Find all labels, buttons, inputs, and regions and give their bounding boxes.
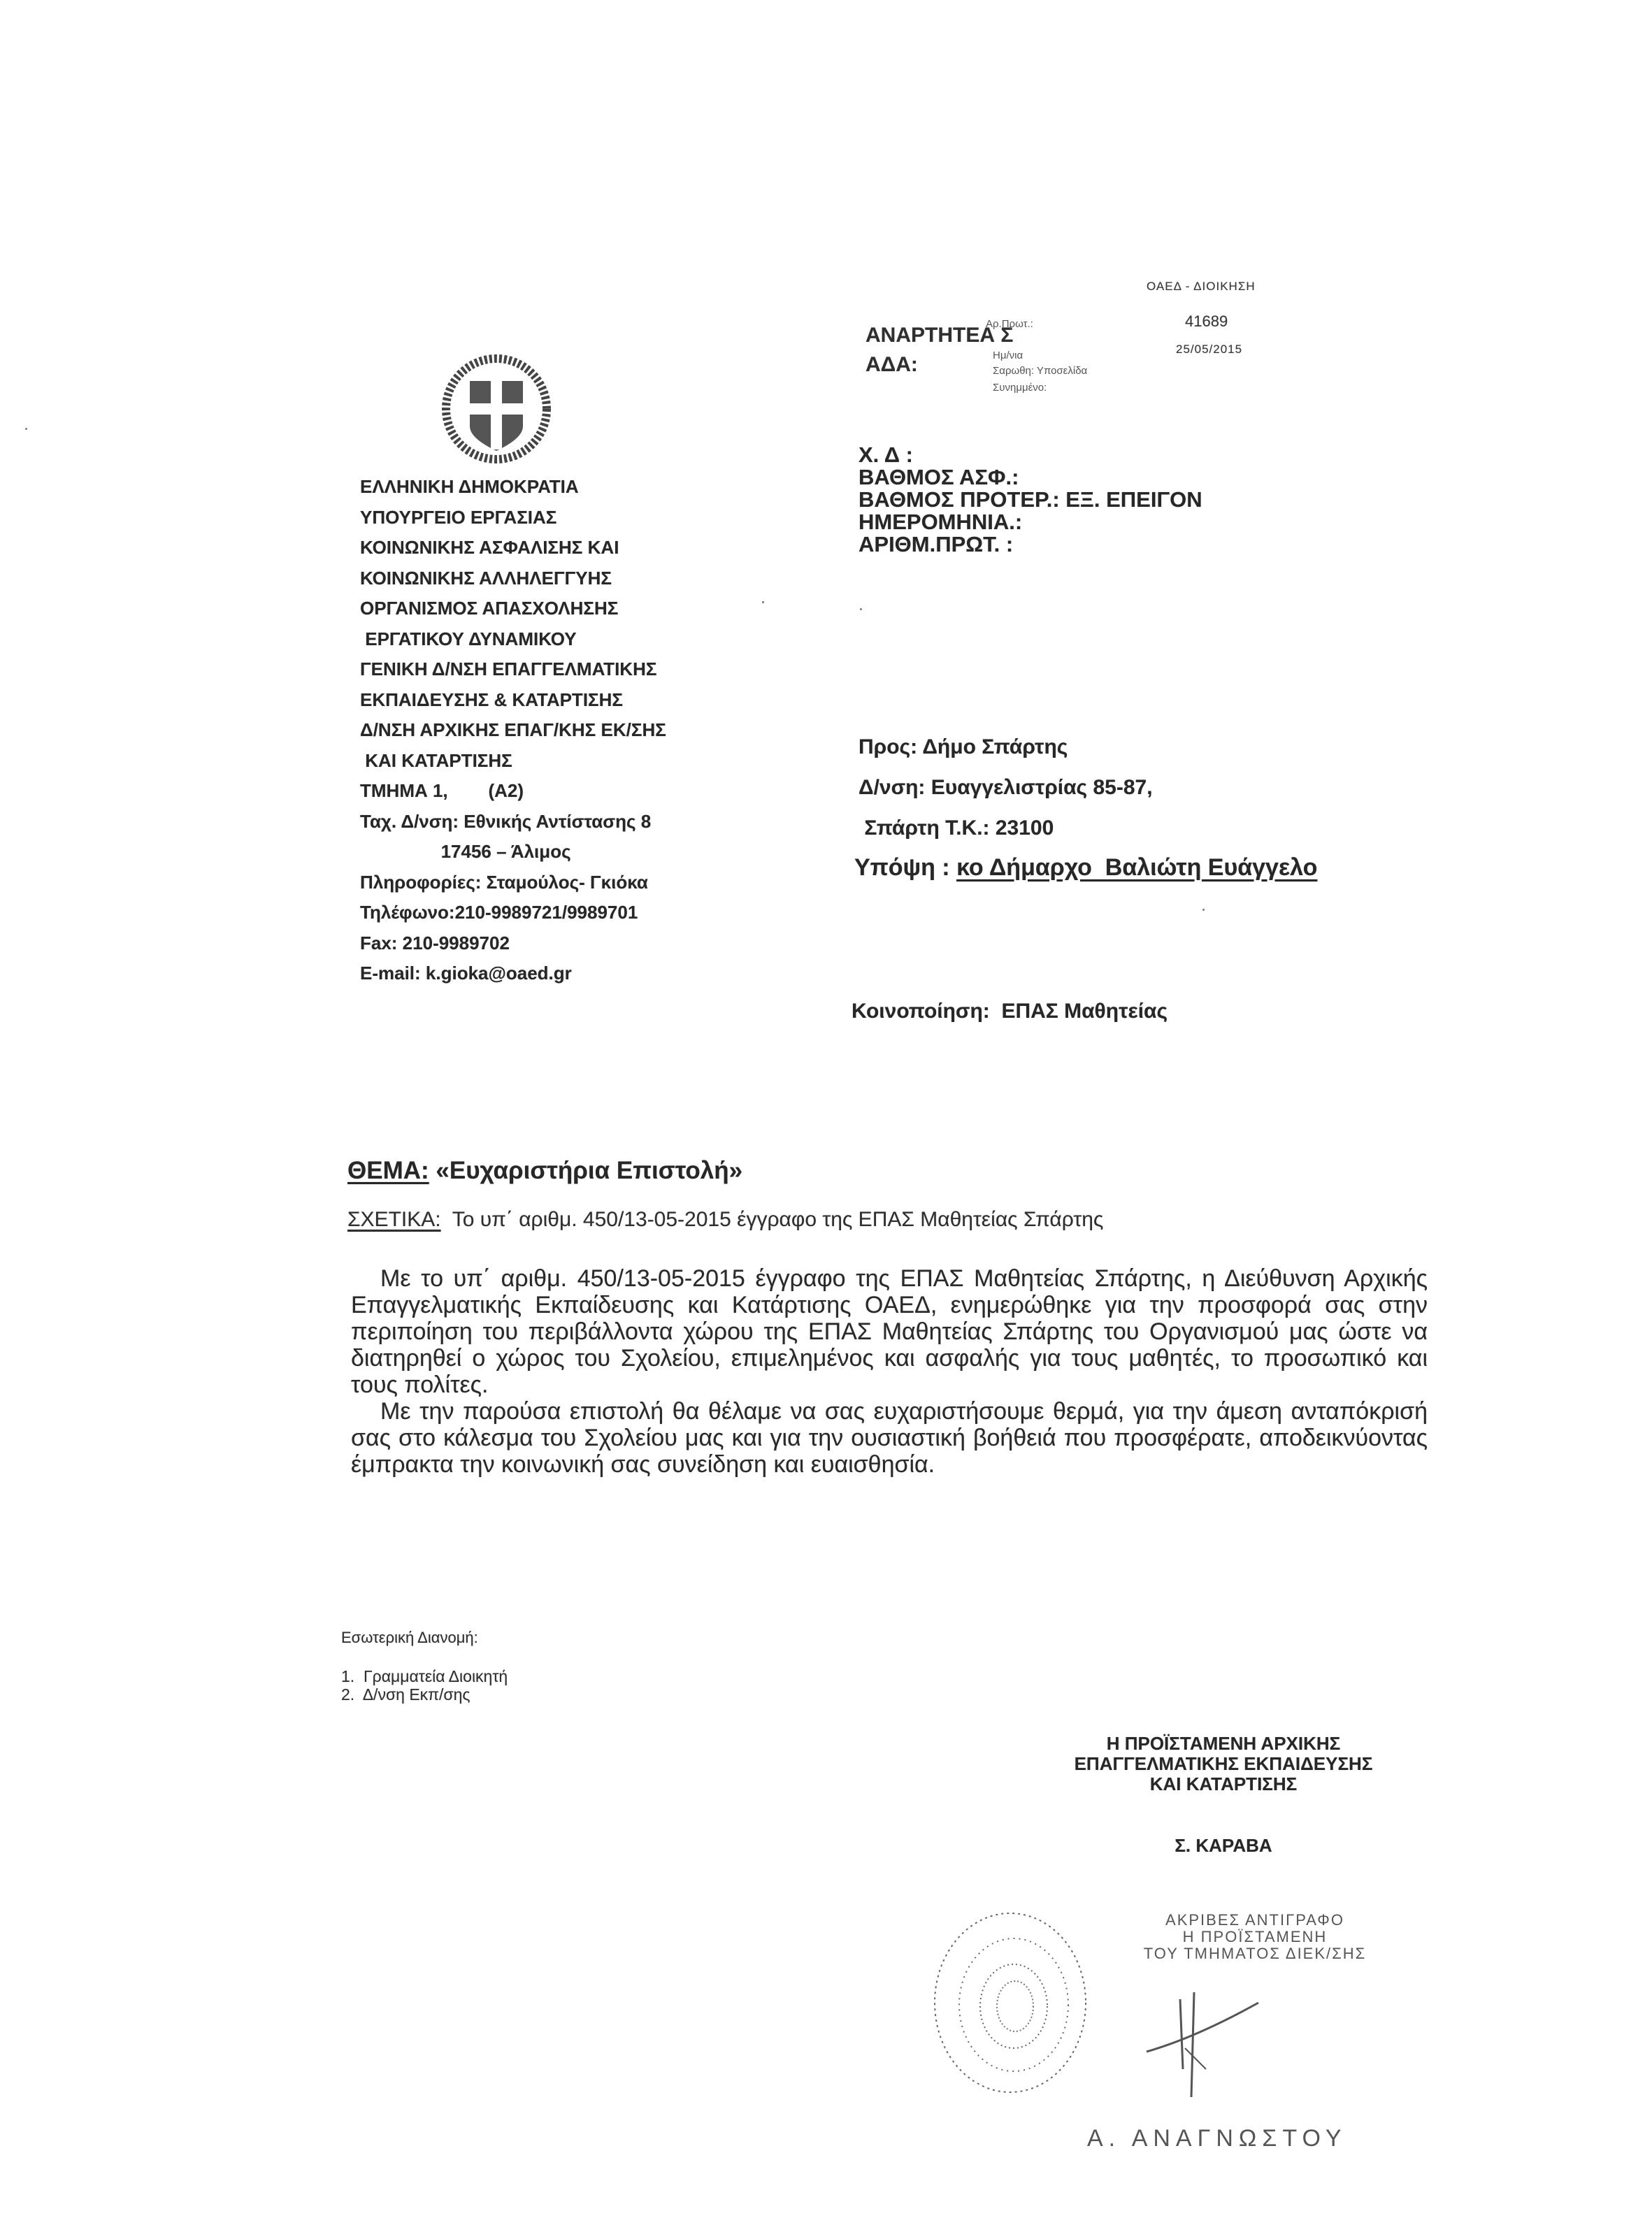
internal-distribution-list: 1. Γραμματεία Διοικητή 2. Δ/νση Εκπ/σης (341, 1667, 508, 1704)
scan-speck (860, 608, 862, 610)
certifier-name: Α. ΑΝΑΓΝΩΣΤΟΥ (1087, 2125, 1347, 2152)
signature-title: Η ΠΡΟΪΣΤΑΜΕΝΗ ΑΡΧΙΚΗΣ ΕΠΑΓΓΕΛΜΑΤΙΚΗΣ ΕΚΠ… (1028, 1734, 1419, 1794)
sender-line: Δ/ΝΣΗ ΑΡΧΙΚΗΣ ΕΠΑΓ/ΚΗΣ ΕΚ/ΣΗΣ (360, 715, 666, 746)
sender-block: ΕΛΛΗΝΙΚΗ ΔΗΜΟΚΡΑΤΙΑ ΥΠΟΥΡΓΕΙΟ ΕΡΓΑΣΙΑΣ Κ… (360, 472, 666, 989)
sender-line: ΕΛΛΗΝΙΚΗ ΔΗΜΟΚΡΑΤΙΑ (360, 472, 666, 503)
attachments-label: Συνημμένο: (993, 382, 1047, 394)
registry-office: ΟΑΕΔ - ΔΙΟΙΚΗΣΗ (1147, 280, 1256, 294)
scan-speck (25, 428, 27, 430)
attention-name: κο Δήμαρχο Βαλιώτη Ευάγγελο (956, 854, 1317, 881)
sender-contact: Πληροφορίες: Σταμούλος- Γκιόκα (360, 867, 666, 898)
certified-copy-block: ΑΚΡΙΒΕΣ ΑΝΤΙΓΡΑΦΟ Η ΠΡΟΪΣΤΑΜΕΝΗ ΤΟΥ ΤΜΗΜ… (1091, 1912, 1419, 1962)
certified-copy-line: ΤΟΥ ΤΜΗΜΑΤΟΣ ΔΙΕΚ/ΣΗΣ (1091, 1945, 1419, 1962)
classification-line: ΒΑΘΜΟΣ ΑΣΦ.: (859, 466, 1202, 489)
sender-line: ΥΠΟΥΡΓΕΙΟ ΕΡΓΑΣΙΑΣ (360, 503, 666, 533)
sender-line: ΚΟΙΝΩΝΙΚΗΣ ΑΛΛΗΛΕΓΓΥΗΣ (360, 563, 666, 594)
classification-block: Χ. Δ : ΒΑΘΜΟΣ ΑΣΦ.: ΒΑΘΜΟΣ ΠΡΟΤΕΡ.: ΕΞ. … (859, 444, 1202, 556)
reference-label: ΣΧΕΤΙΚΑ: (347, 1208, 441, 1231)
handwritten-signature-icon (1119, 1985, 1286, 2111)
sender-line: ΕΡΓΑΤΙΚΟΥ ΔΥΝΑΜΙΚΟΥ (360, 624, 666, 655)
distribution-item: 2. Δ/νση Εκπ/σης (341, 1685, 508, 1704)
classification-line: ΒΑΘΜΟΣ ΠΡΟΤΕΡ.: ΕΞ. ΕΠΕΙΓΟΝ (859, 489, 1202, 511)
sender-phone: Τηλέφωνο:210-9989721/9989701 (360, 898, 666, 928)
recipient-to: Προς: Δήμο Σπάρτης (859, 727, 1153, 768)
cc-line: Κοινοποίηση: ΕΠΑΣ Μαθητείας (852, 1000, 1168, 1023)
sender-postcode: 17456 – Άλιμος (360, 837, 666, 867)
recipient-city: Σπάρτη Τ.Κ.: 23100 (859, 808, 1153, 849)
protocol-label: Αρ.Πρωτ.: (986, 318, 1033, 330)
body-paragraph: Με το υπ΄ αριθμ. 450/13-05-2015 έγγραφο … (351, 1265, 1428, 1398)
date-label: Ημ/νια (993, 350, 1023, 361)
scan-label: Σαρωθη: Υποσελίδα (993, 365, 1087, 377)
letter-body: Με το υπ΄ αριθμ. 450/13-05-2015 έγγραφο … (351, 1265, 1428, 1478)
sender-address: Ταχ. Δ/νση: Εθνικής Αντίστασης 8 (360, 807, 666, 837)
registry-date: 25/05/2015 (1176, 343, 1242, 357)
classification-line: ΑΡΙΘΜ.ΠΡΩΤ. : (859, 533, 1202, 556)
signature-title-line: ΕΠΑΓΓΕΛΜΑΤΙΚΗΣ ΕΚΠΑΙΔΕΥΣΗΣ (1028, 1754, 1419, 1774)
classification-line: Χ. Δ : (859, 444, 1202, 466)
certified-copy-line: ΑΚΡΙΒΕΣ ΑΝΤΙΓΡΑΦΟ (1091, 1912, 1419, 1929)
sender-line: ΕΚΠΑΙΔΕΥΣΗΣ & ΚΑΤΑΡΤΙΣΗΣ (360, 685, 666, 716)
ada-label: ΑΔΑ: (865, 353, 918, 377)
sender-line: ΟΡΓΑΝΙΣΜΟΣ ΑΠΑΣΧΟΛΗΣΗΣ (360, 593, 666, 624)
body-paragraph: Με την παρούσα επιστολή θα θέλαμε να σας… (351, 1398, 1428, 1478)
subject-line: ΘΕΜΑ: «Ευχαριστήρια Επιστολή» (347, 1157, 742, 1185)
sender-line: ΓΕΝΙΚΗ Δ/ΝΣΗ ΕΠΑΓΓΕΛΜΑΤΙΚΗΣ (360, 654, 666, 685)
scan-speck (762, 601, 764, 603)
signature-title-line: ΚΑΙ ΚΑΤΑΡΤΙΣΗΣ (1028, 1774, 1419, 1794)
subject-label: ΘΕΜΑ: (347, 1157, 429, 1184)
greek-coat-of-arms-icon (440, 353, 552, 465)
internal-distribution-label: Εσωτερική Διανομή: (341, 1629, 478, 1647)
certified-copy-line: Η ΠΡΟΪΣΤΑΜΕΝΗ (1091, 1929, 1419, 1945)
attention-label: Υπόψη : (854, 854, 956, 881)
attention-line: Υπόψη : κο Δήμαρχο Βαλιώτη Ευάγγελο (854, 854, 1317, 881)
reference-line: ΣΧΕΤΙΚΑ: Το υπ΄ αριθμ. 450/13-05-2015 έγ… (347, 1208, 1103, 1232)
scan-speck (1202, 909, 1205, 911)
subject-text: «Ευχαριστήρια Επιστολή» (429, 1157, 742, 1184)
recipient-block: Προς: Δήμο Σπάρτης Δ/νση: Ευαγγελιστρίας… (859, 727, 1153, 849)
recipient-address: Δ/νση: Ευαγγελιστρίας 85-87, (859, 768, 1153, 808)
round-official-seal-icon (930, 1908, 1091, 2097)
sender-line: ΚΑΙ ΚΑΤΑΡΤΙΣΗΣ (360, 746, 666, 777)
signature-title-line: Η ΠΡΟΪΣΤΑΜΕΝΗ ΑΡΧΙΚΗΣ (1028, 1734, 1419, 1754)
sender-email: E-mail: k.gioka@oaed.gr (360, 958, 666, 989)
registry-number: 41689 (1185, 312, 1228, 331)
sender-line: ΚΟΙΝΩΝΙΚΗΣ ΑΣΦΑΛΙΣΗΣ ΚΑΙ (360, 533, 666, 563)
reference-text: Το υπ΄ αριθμ. 450/13-05-2015 έγγραφο της… (441, 1208, 1104, 1231)
distribution-item: 1. Γραμματεία Διοικητή (341, 1667, 508, 1685)
classification-line: ΗΜΕΡΟΜΗΝΙΑ.: (859, 511, 1202, 533)
signatory-name: Σ. ΚΑΡΑΒΑ (1028, 1835, 1419, 1857)
sender-fax: Fax: 210-9989702 (360, 928, 666, 959)
sender-line: ΤΜΗΜΑ 1, (Α2) (360, 776, 666, 807)
